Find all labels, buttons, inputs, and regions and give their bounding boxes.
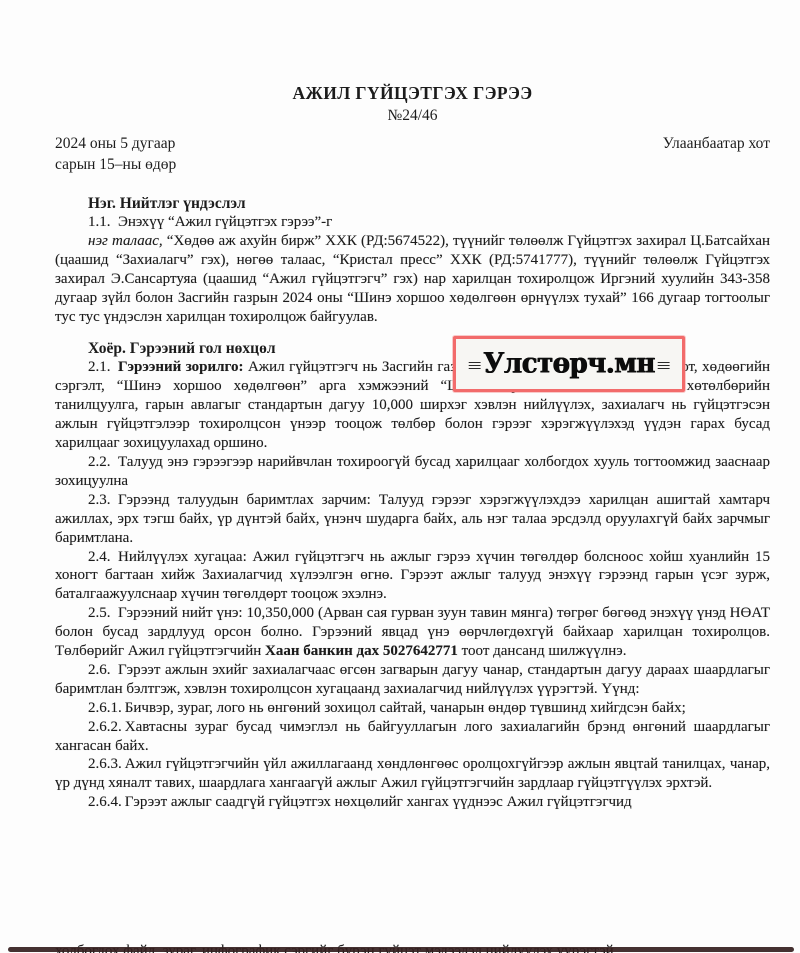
clause-2-5-bank-account: Хаан банкин дах 5027642771 [265,643,458,659]
date-city-row: 2024 оны 5 дугаар сарын 15–ны өдөр Улаан… [55,133,770,175]
clause-2-6-4: 2.6.4. Гэрээт ажлыг саадгүй гүйцэтгэх нө… [55,793,770,812]
contract-date-line2: сарын 15–ны өдөр [55,154,176,175]
clause-1-1-intro: 1.1. Энэхүү “Ажил гүйцэтгэх гэрээ”-г [55,213,770,232]
document-title: АЖИЛ ГҮЙЦЭТГЭХ ГЭРЭЭ [55,82,770,104]
clause-2-6: 2.6. Гэрээт ажлын эхийг захиалагчаас өгс… [55,661,770,699]
clause-2-6-2: 2.6.2. Хавтасны зураг бусад чимэглэл нь … [55,718,770,756]
section-1-heading: Нэг. Нийтлэг үндэслэл [88,194,770,213]
contract-date-line1: 2024 оны 5 дугаар [55,133,176,154]
watermark-box: ☰ Улстөрч.мн ☰ [453,336,685,392]
scanned-contract-page: АЖИЛ ГҮЙЦЭТГЭХ ГЭРЭЭ №24/46 2024 оны 5 д… [0,0,800,953]
clause-2-1-number: 2.1. [88,359,118,375]
scan-edge-bar [8,947,794,952]
document-content: АЖИЛ ГҮЙЦЭТГЭХ ГЭРЭЭ №24/46 2024 оны 5 д… [55,0,770,812]
clause-2-6-1: 2.6.1. Бичвэр, зураг, лого нь өнгөний зо… [55,699,770,718]
clause-2-5: 2.5. Гэрээний нийт үнэ: 10,350,000 (Арва… [55,604,770,661]
clause-1-1-lead: нэг талаас, [88,233,163,249]
contract-city: Улаанбаатар хот [663,133,770,154]
clause-2-1-lead: Гэрээний зорилго: [118,359,244,375]
clause-2-3: 2.3. Гэрээнд талуудын баримтлах зарчим: … [55,491,770,548]
clause-1-1-text: “Хөдөө аж ахуйн бирж” ХХК (РД:5674522), … [55,233,770,325]
clause-1-1-body: нэг талаас, “Хөдөө аж ахуйн бирж” ХХК (Р… [55,232,770,327]
wing-right-icon: ☰ [656,361,671,372]
wing-left-icon: ☰ [467,361,482,372]
contract-number: №24/46 [55,106,770,125]
clause-2-6-3: 2.6.3. Ажил гүйцэтгэгчийн үйл ажиллагаан… [55,755,770,793]
watermark-text: Улстөрч.мн [483,350,655,378]
clause-2-2: 2.2. Талууд энэ гэрээгээр нарийвчлан тох… [55,453,770,491]
contract-date: 2024 оны 5 дугаар сарын 15–ны өдөр [55,133,176,175]
clause-2-5-text-post: тоот дансанд шилжүүлнэ. [458,643,627,659]
clause-2-4: 2.4. Нийлүүлэх хугацаа: Ажил гүйцэтгэгч … [55,548,770,605]
